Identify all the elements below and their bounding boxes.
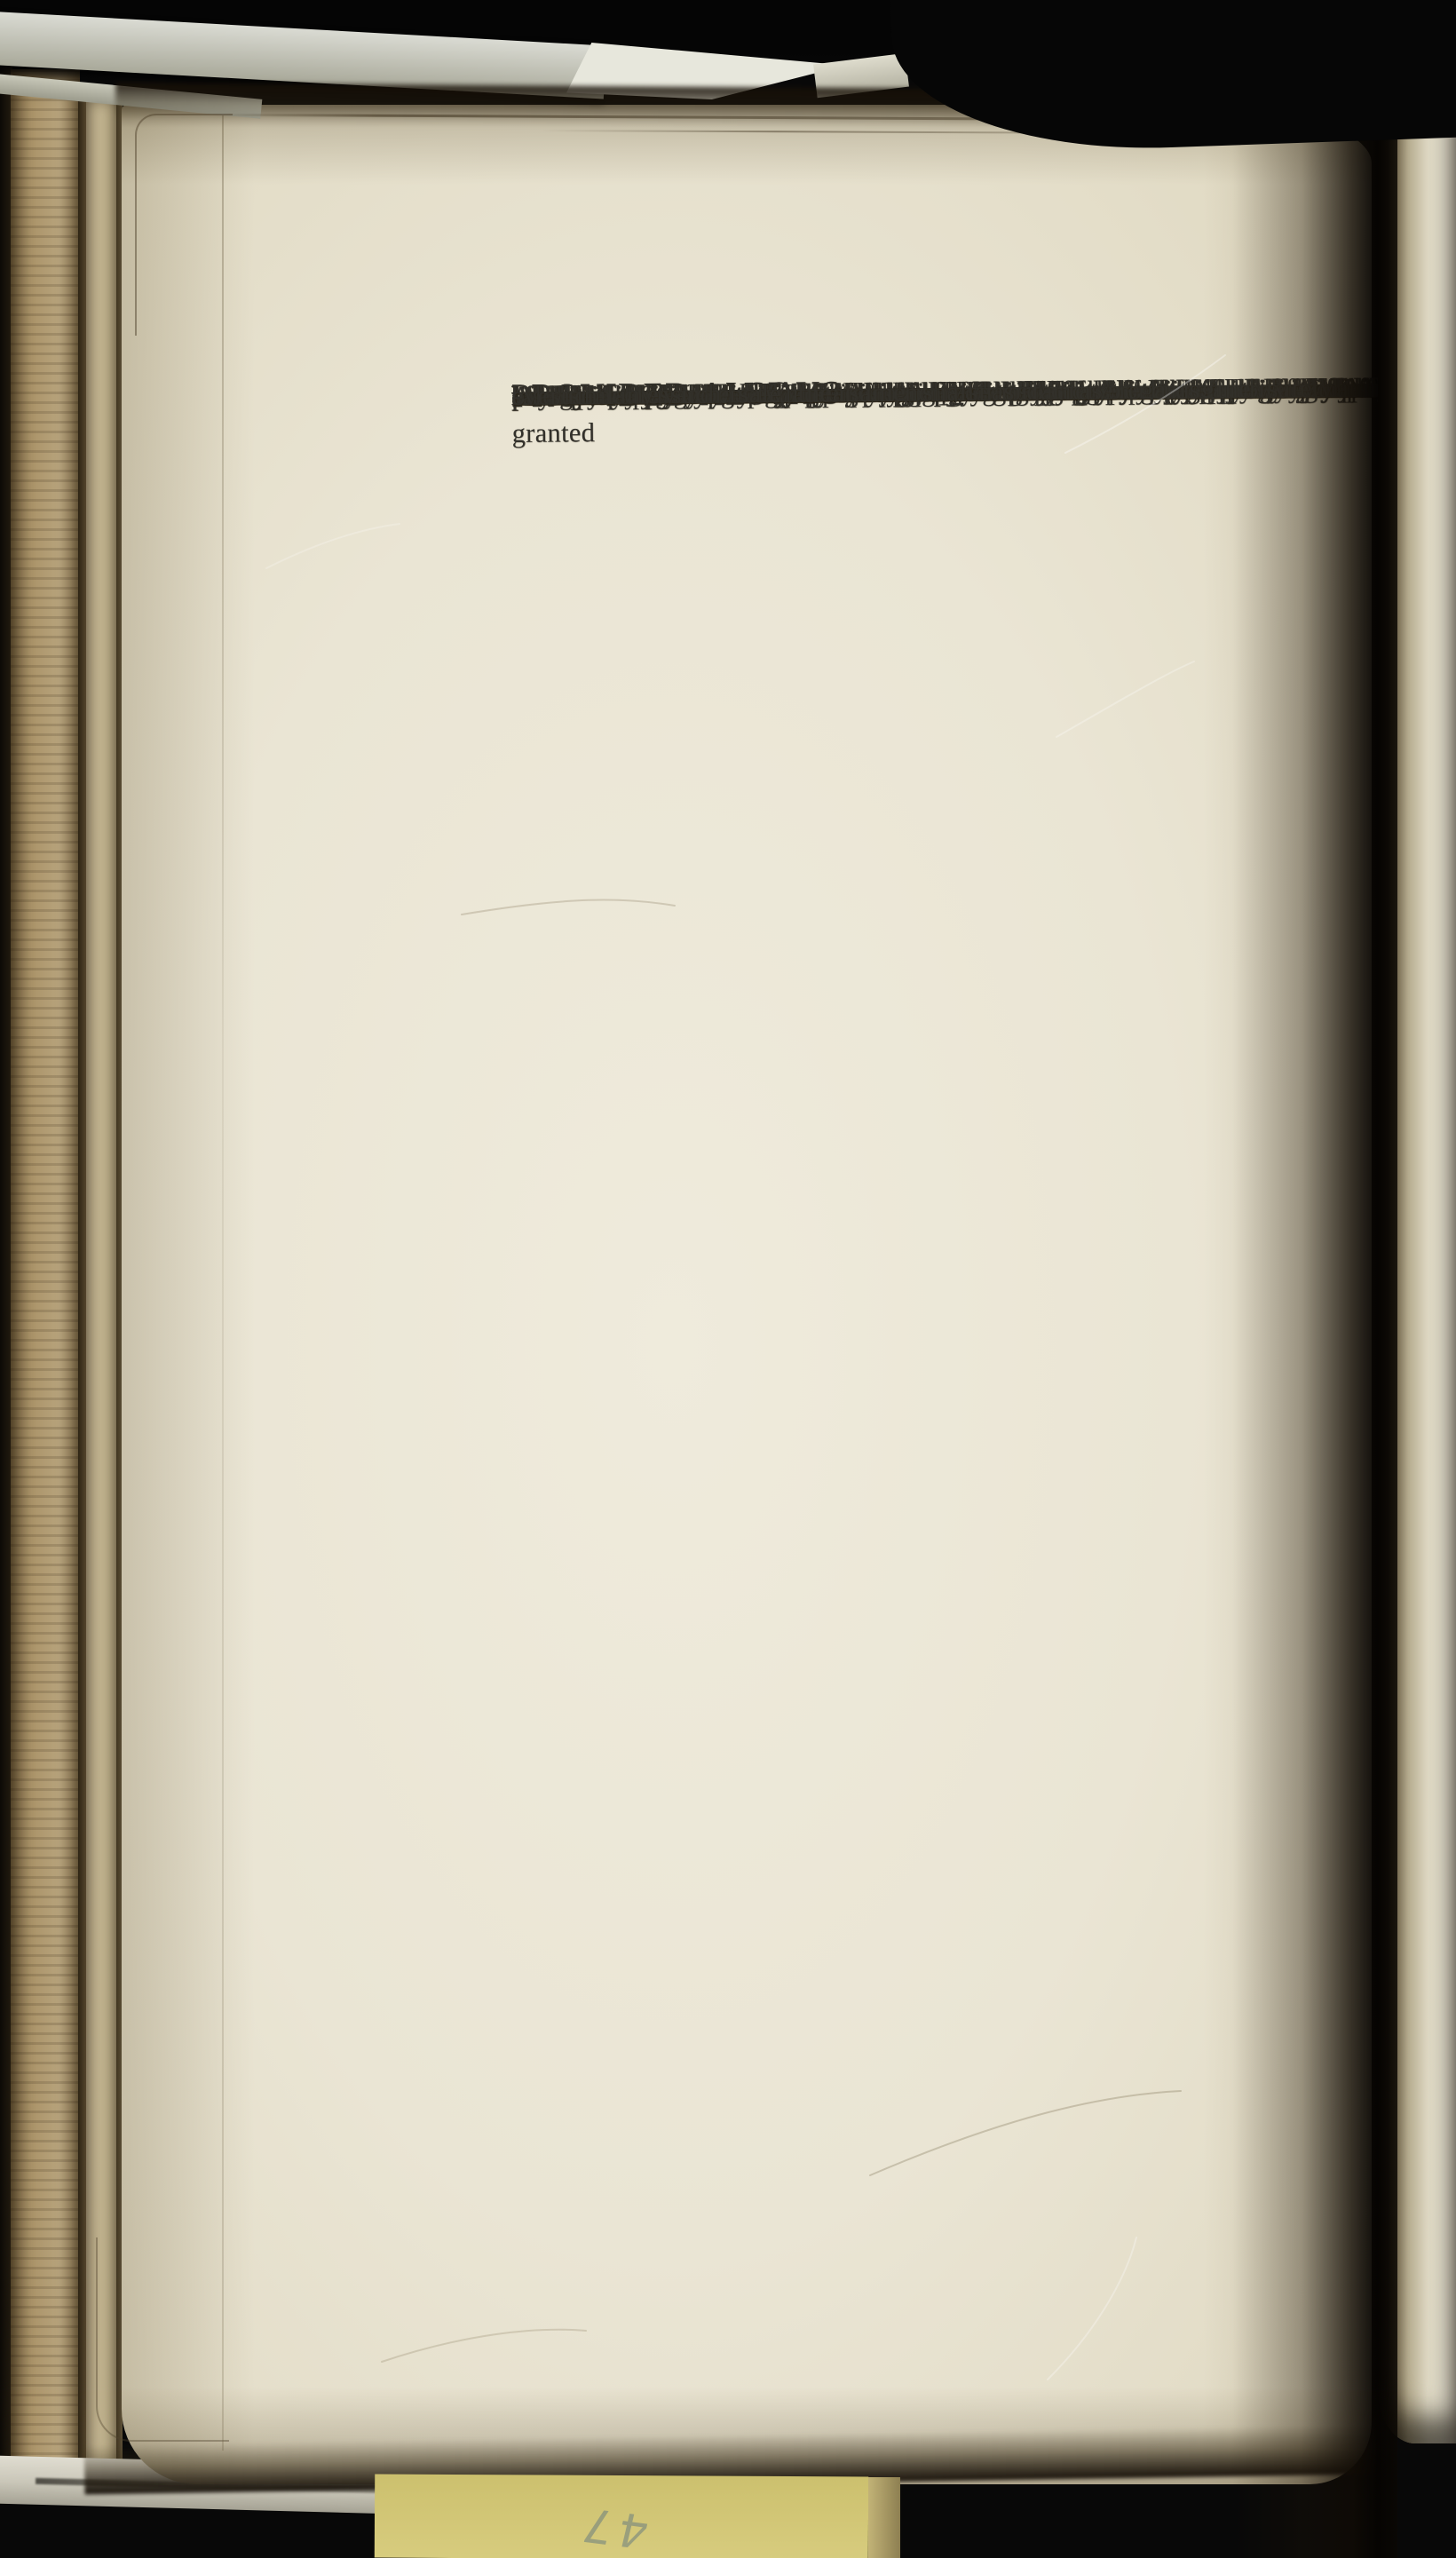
yellow-note: 47 bbox=[375, 2475, 868, 2558]
page-crease bbox=[222, 115, 224, 2451]
page-edges-tan-band bbox=[11, 69, 80, 2500]
book-page bbox=[122, 105, 1372, 2484]
note-edge-strip bbox=[868, 2477, 900, 2558]
page-edges-khaki-band bbox=[86, 89, 117, 2495]
book-scan: 12 auction or private contract and as to… bbox=[0, 0, 1456, 2558]
pencil-writing: 47 bbox=[573, 2497, 653, 2558]
gutter-shadow bbox=[1232, 0, 1397, 2558]
underlying-page-corner bbox=[135, 114, 233, 336]
underlying-page-corner bbox=[96, 2237, 229, 2442]
